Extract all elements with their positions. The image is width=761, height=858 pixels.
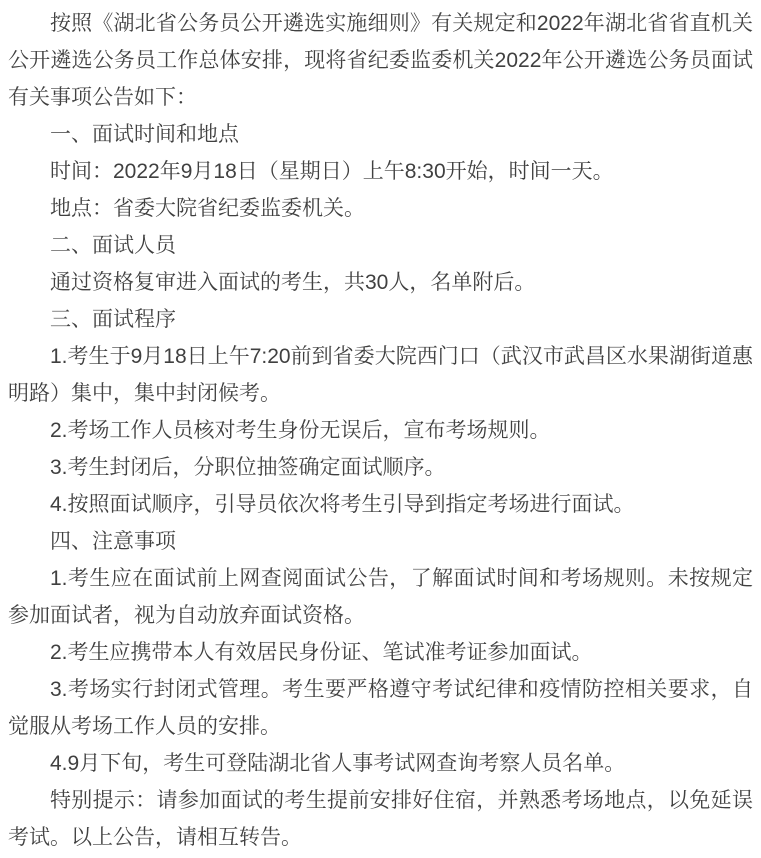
- paragraph: 地点：省委大院省纪委监委机关。: [8, 190, 753, 227]
- paragraph: 时间：2022年9月18日（星期日）上午8:30开始，时间一天。: [8, 153, 753, 190]
- paragraph: 按照《湖北省公务员公开遴选实施细则》有关规定和2022年湖北省省直机关公开遴选公…: [8, 5, 753, 116]
- section-heading: 四、注意事项: [8, 523, 753, 560]
- paragraph: 1.考生应在面试前上网查阅面试公告，了解面试时间和考场规则。未按规定参加面试者，…: [8, 560, 753, 634]
- paragraph: 3.考场实行封闭式管理。考生要严格遵守考试纪律和疫情防控相关要求，自觉服从考场工…: [8, 671, 753, 745]
- paragraph: 通过资格复审进入面试的考生，共30人，名单附后。: [8, 264, 753, 301]
- paragraph: 4.按照面试顺序，引导员依次将考生引导到指定考场进行面试。: [8, 486, 753, 523]
- paragraph: 2.考生应携带本人有效居民身份证、笔试准考证参加面试。: [8, 634, 753, 671]
- paragraph: 4.9月下旬，考生可登陆湖北省人事考试网查询考察人员名单。: [8, 745, 753, 782]
- announcement-document: 按照《湖北省公务员公开遴选实施细则》有关规定和2022年湖北省省直机关公开遴选公…: [0, 0, 761, 858]
- paragraph: 1.考生于9月18日上午7:20前到省委大院西门口（武汉市武昌区水果湖街道惠明路…: [8, 338, 753, 412]
- paragraph: 2.考场工作人员核对考生身份无误后，宣布考场规则。: [8, 412, 753, 449]
- section-heading: 三、面试程序: [8, 301, 753, 338]
- section-heading: 一、面试时间和地点: [8, 116, 753, 153]
- paragraph: 特别提示：请参加面试的考生提前安排好住宿，并熟悉考场地点，以免延误考试。以上公告…: [8, 782, 753, 856]
- paragraph: 3.考生封闭后，分职位抽签确定面试顺序。: [8, 449, 753, 486]
- section-heading: 二、面试人员: [8, 227, 753, 264]
